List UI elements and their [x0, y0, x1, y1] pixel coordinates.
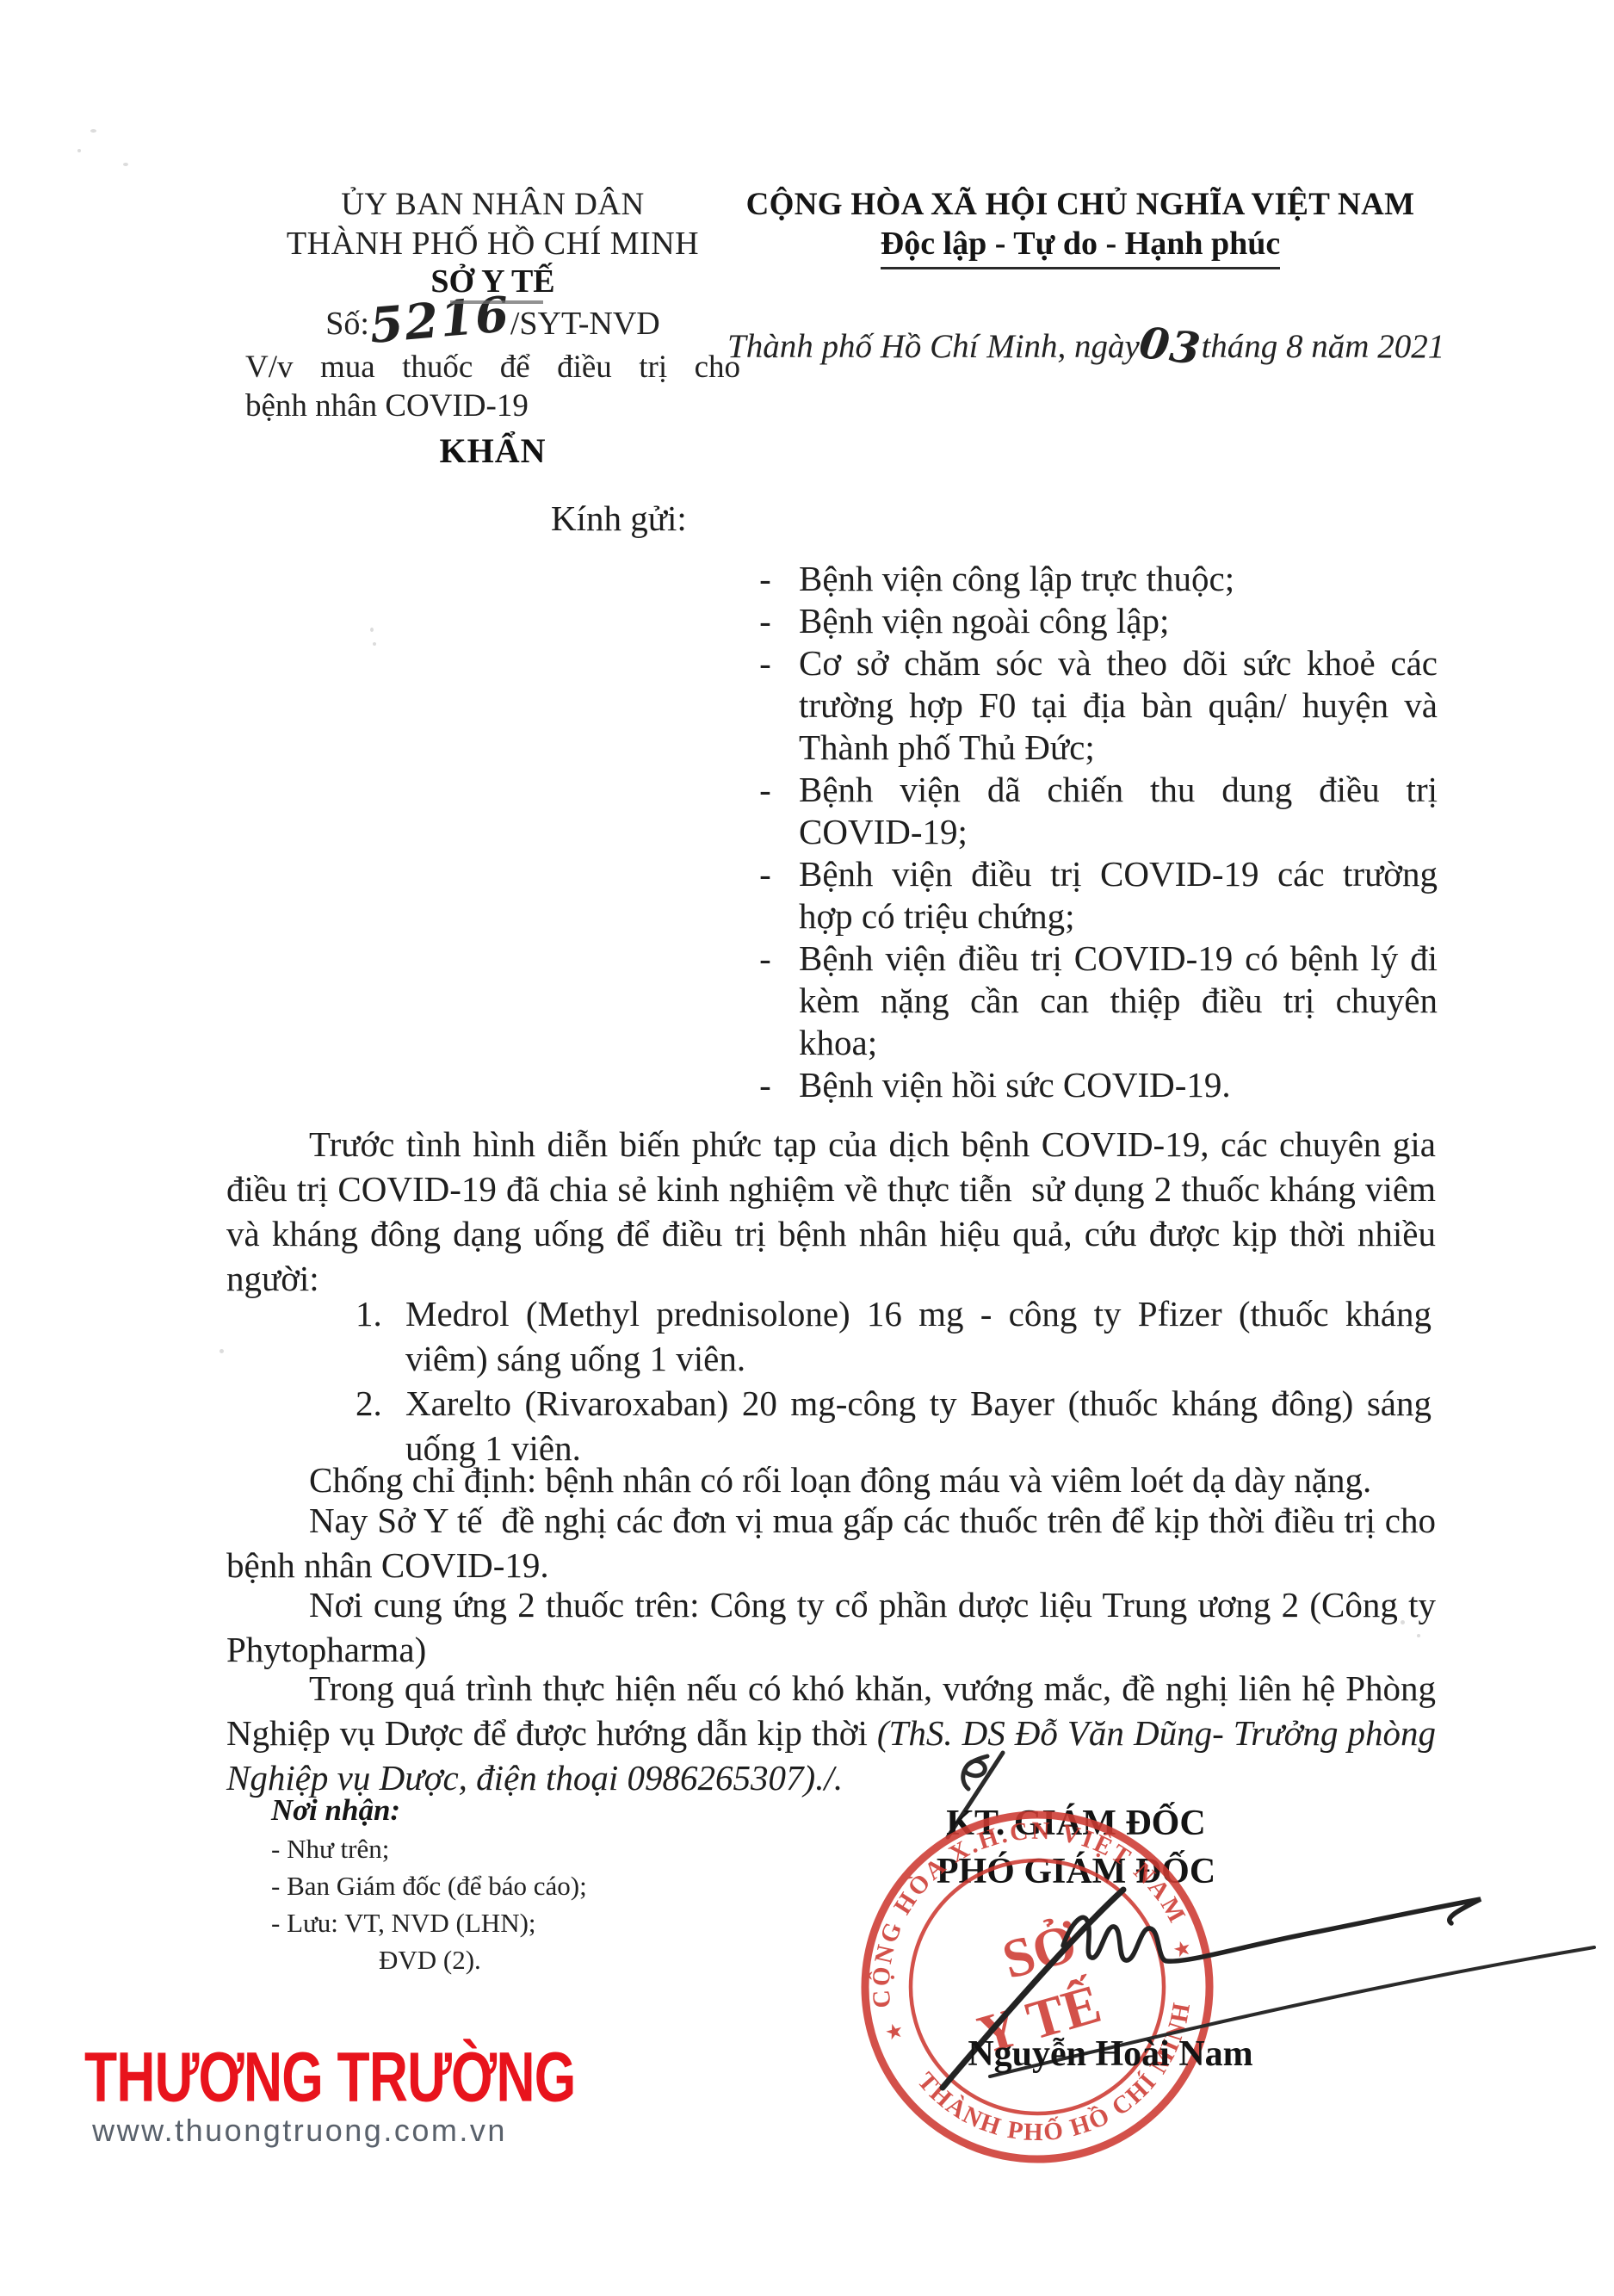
dash-marker: - [756, 1064, 775, 1106]
noi-nhan-item: - Lưu: VT, NVD (LHN); [271, 1904, 753, 1941]
recipient-item: -Bệnh viện điều trị COVID-19 có bệnh lý … [756, 938, 1438, 1064]
dash-marker: - [756, 558, 775, 600]
recipient-item: -Bệnh viện dã chiến thu dung điều trị CO… [756, 769, 1438, 853]
scan-speckle [373, 642, 376, 646]
dept-underline-rule [450, 300, 543, 304]
body-paragraph-4: Nơi cung ứng 2 thuốc trên: Công ty cổ ph… [226, 1582, 1436, 1672]
recipient-item: -Cơ sở chăm sóc và theo dõi sức khoẻ các… [756, 642, 1438, 769]
urgency-label: KHẨN [241, 430, 745, 472]
dash-marker: - [756, 600, 775, 642]
recipient-text: Cơ sở chăm sóc và theo dõi sức khoẻ các … [799, 642, 1438, 769]
item-text: Medrol (Methyl prednisolone) 16 mg - côn… [405, 1291, 1432, 1381]
recipient-text: Bệnh viện dã chiến thu dung điều trị COV… [799, 769, 1438, 853]
ref-number-handwritten: 5216 [368, 297, 512, 343]
date-day-handwritten: 03 [1138, 330, 1203, 363]
medicine-list: 1.Medrol (Methyl prednisolone) 16 mg - c… [226, 1291, 1436, 1470]
national-motto-line2: Độc lập - Tự do - Hạnh phúc [881, 225, 1281, 269]
national-header-block: CỘNG HÒA XÃ HỘI CHỦ NGHĨA VIỆT NAM Độc l… [727, 185, 1433, 368]
dash-marker: - [756, 853, 775, 938]
recipient-text: Bệnh viện công lập trực thuộc; [799, 558, 1438, 600]
body-paragraph-3: Nay Sở Y tế đề nghị các đơn vị mua gấp c… [226, 1498, 1436, 1587]
dash-marker: - [756, 642, 775, 769]
scan-speckle [370, 628, 374, 632]
medicine-item: 1.Medrol (Methyl prednisolone) 16 mg - c… [356, 1291, 1432, 1381]
scan-speckle [77, 149, 81, 152]
date-suffix: tháng 8 năm 2021 [1201, 328, 1444, 365]
noi-nhan-item: - Ban Giám đốc (để báo cáo); [271, 1867, 753, 1904]
recipient-text: Bệnh viện điều trị COVID-19 các trường h… [799, 853, 1438, 938]
scan-speckle [123, 163, 128, 166]
scan-speckle [220, 1349, 224, 1353]
recipient-text: Bệnh viện điều trị COVID-19 có bệnh lý đ… [799, 938, 1438, 1064]
body-paragraph-2: Chống chỉ định: bệnh nhân có rối loạn đô… [226, 1457, 1436, 1502]
recipient-text: Bệnh viện hồi sức COVID-19. [799, 1064, 1438, 1106]
publisher-watermark: THƯƠNG TRƯỜNG www.thuongtruong.com.vn [84, 2042, 515, 2149]
recipient-item: -Bệnh viện điều trị COVID-19 các trường … [756, 853, 1438, 938]
publisher-url: www.thuongtruong.com.vn [84, 2113, 515, 2149]
place-date-line: Thành phố Hồ Chí Minh, ngày03tháng 8 năm… [727, 326, 1433, 368]
national-motto-line1: CỘNG HÒA XÃ HỘI CHỦ NGHĨA VIỆT NAM [727, 185, 1433, 225]
noi-nhan-item: - Như trên; [271, 1830, 753, 1867]
signer-name: Nguyễn Hoài Nam [930, 2033, 1291, 2075]
recipient-item: -Bệnh viện công lập trực thuộc; [756, 558, 1438, 600]
date-prefix: Thành phố Hồ Chí Minh, ngày [727, 328, 1140, 365]
scan-speckle [90, 129, 96, 133]
dash-marker: - [756, 938, 775, 1064]
subject-line-1: V/v mua thuốc để điều trị cho [245, 348, 740, 387]
noi-nhan-title: Nơi nhận: [271, 1791, 753, 1830]
org-parent: ỦY BAN NHÂN DÂN [241, 185, 745, 225]
subject-line-2: bệnh nhân COVID-19 [245, 388, 529, 424]
recipients-footer-block: Nơi nhận: - Như trên; - Ban Giám đốc (để… [271, 1791, 753, 1978]
body-paragraph-1: Trước tình hình diễn biến phức tạp của d… [226, 1122, 1436, 1301]
issuing-authority-block: ỦY BAN NHÂN DÂN THÀNH PHỐ HỒ CHÍ MINH SỞ… [241, 185, 745, 472]
document-scan: ỦY BAN NHÂN DÂN THÀNH PHỐ HỒ CHÍ MINH SỞ… [0, 0, 1614, 2296]
recipient-item: -Bệnh viện hồi sức COVID-19. [756, 1064, 1438, 1106]
noi-nhan-item-last: ĐVD (2). [379, 1941, 753, 1978]
ref-suffix: /SYT-NVD [510, 306, 660, 342]
reference-number-line: Số:5216/SYT-NVD [241, 300, 745, 346]
recipient-item: -Bệnh viện ngoài công lập; [756, 600, 1438, 642]
recipient-list: -Bệnh viện công lập trực thuộc; -Bệnh vi… [756, 558, 1438, 1106]
recipient-text: Bệnh viện ngoài công lập; [799, 600, 1438, 642]
dash-marker: - [756, 769, 775, 853]
publisher-logo-text: THƯƠNG TRƯỜNG [84, 2040, 429, 2113]
body-paragraph-5: Trong quá trình thực hiện nếu có khó khă… [226, 1666, 1436, 1800]
subject-line: V/v mua thuốc để điều trị cho bệnh nhân … [245, 348, 740, 425]
ref-prefix: Số: [325, 306, 369, 342]
salutation: Kính gửi: [551, 498, 687, 539]
item-number: 1. [356, 1291, 405, 1381]
org-city: THÀNH PHỐ HỒ CHÍ MINH [241, 225, 745, 263]
